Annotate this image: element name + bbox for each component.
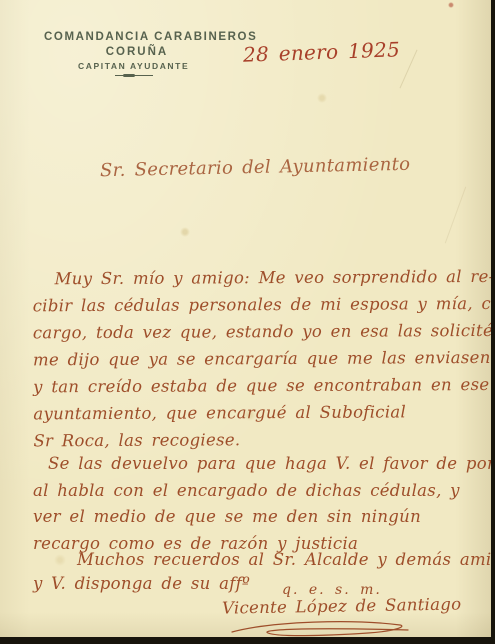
handwritten-date: 28 enero 1925: [243, 37, 401, 66]
body-line: ver el medio de que se me den sin ningún: [33, 504, 495, 531]
ornament-center: [123, 74, 135, 77]
body-line: me dijo que ya se encargaría que me las …: [33, 344, 495, 374]
body-paragraph-1: Muy Sr. mío y amigo: Me veo sorprendido …: [33, 263, 495, 455]
addressee-line: Sr. Secretario del Ayuntamiento: [100, 154, 411, 181]
body-line: cibir las cédulas personales de mi espos…: [33, 290, 495, 320]
scan-edge-right: [491, 0, 495, 644]
body-line: Muy Sr. mío y amigo: Me veo sorprendido …: [33, 263, 495, 293]
scan-edge-bottom: [0, 637, 495, 644]
body-line: y tan creído estaba de que se encontraba…: [33, 371, 495, 401]
body-line: Sr Roca, las recogiese.: [33, 425, 495, 455]
body-line: cargo, toda vez que, estando yo en esa l…: [33, 317, 495, 347]
letterhead-unit-name: COMANDANCIA CARABINEROS: [44, 31, 294, 43]
letterhead-rule-ornament: [115, 74, 153, 77]
letterhead-rank: CAPITAN AYUDANTE: [78, 61, 189, 71]
paper-crease: [445, 187, 466, 244]
body-line: ayuntamiento, que encargué al Suboficial: [33, 398, 495, 428]
body-paragraph-2: Se las devuelvo para que haga V. el favo…: [33, 451, 495, 558]
letterhead-city: CORUÑA: [44, 46, 230, 58]
letter-scan-page: COMANDANCIA CARABINEROS CORUÑA CAPITAN A…: [0, 0, 495, 644]
body-line: Muchos recuerdos al Sr. Alcalde y demás …: [33, 548, 495, 572]
body-line: al habla con el encargado de dichas cédu…: [33, 478, 495, 505]
body-paragraph-3: Muchos recuerdos al Sr. Alcalde y demás …: [33, 548, 495, 596]
signature-flourish: [228, 617, 413, 639]
body-line: y V. disponga de su affº: [33, 572, 495, 596]
signature: Vicente López de Santiago: [222, 595, 412, 617]
body-line: Se las devuelvo para que haga V. el favo…: [33, 451, 495, 478]
paper-crease: [400, 50, 418, 89]
